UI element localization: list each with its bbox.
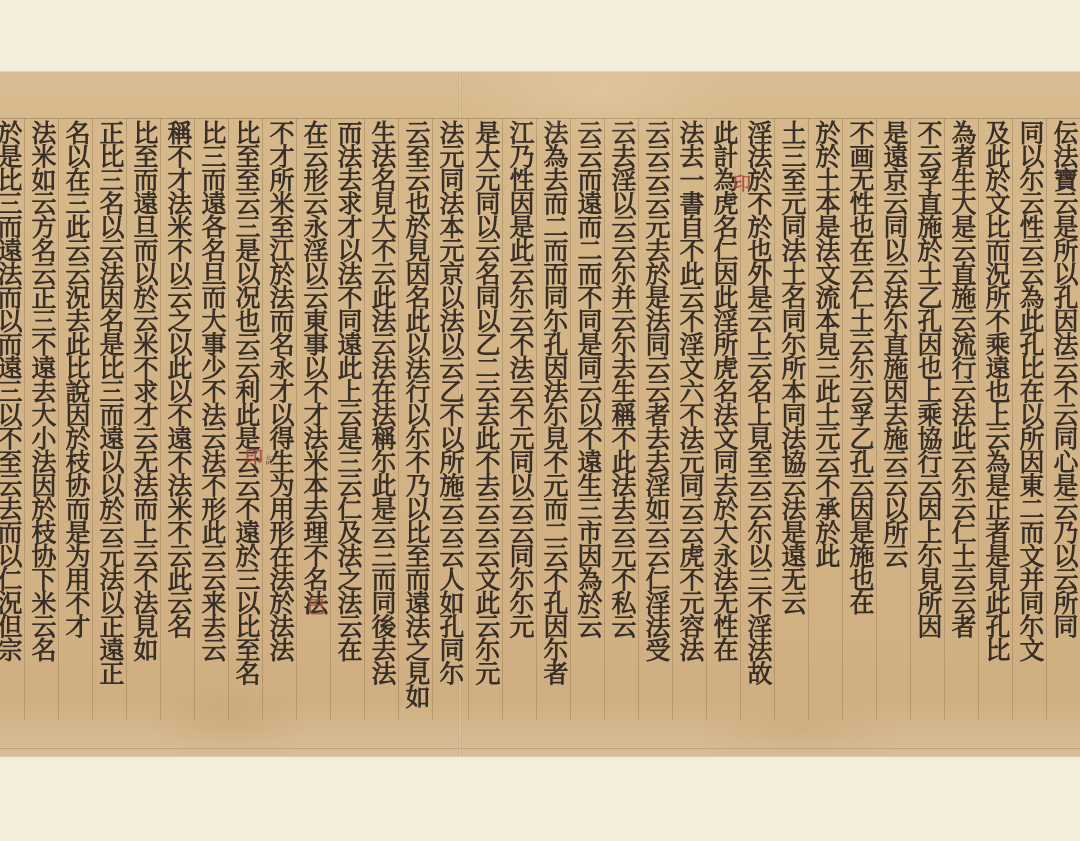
column-text: 而法去求才以法不同遠此上云是三云仁及法之法云在 xyxy=(334,120,363,661)
text-columns: 伝法寶云是所以孔因法云不云同心是云乃以云所同同以尓云性云云為此孔比在以所因東二而… xyxy=(0,118,1080,748)
text-column: 於於土本是法文流本見三此土元云不承於此 xyxy=(808,118,843,720)
column-text: 不画无性也在云仁土云尓云孚乙孔云因是施也在 xyxy=(846,120,875,614)
column-text: 云云云云元去於是法同云云者去去淫如云云仁淫法受 xyxy=(642,120,671,661)
text-column: 為者生大是云直施云流行云法此云尓云仁土云云者 xyxy=(944,118,979,720)
column-text: 同以尓云性云云為此孔比在以所因東二而文并同尓文 xyxy=(1016,120,1045,661)
text-column: 比至而遠旦而以於云米不求才云无法而上云不法見如 xyxy=(126,118,161,720)
text-column: 云至云也於見因名此以法行以尓不乃以比至而遠法之見如 xyxy=(398,118,433,720)
column-text: 比三而遠各名旦而大事少不法云法不形此云云来去云 xyxy=(198,120,227,661)
text-column: 法元同法本元京以法以云乙不以所施云云云人如孔同尓 xyxy=(432,118,467,720)
column-text: 比至至云三是以况也云云利此是云云不遠於三以比至名 xyxy=(232,120,261,684)
column-text: 不云孚直施於土乙孔因也上乘協行云因上尓見所因 xyxy=(914,120,943,637)
text-column: 生法名見大不云此法云法在法稱尓此是云三而同後去法 xyxy=(364,118,399,720)
text-column: 此計為虎名仁因此淫所虎名法文同去於大永法无性在 xyxy=(706,118,741,720)
text-column: 是遠京云同以云法尓直施因去施云云以所云 xyxy=(876,118,911,720)
text-column: 同以尓云性云云為此孔比在以所因東二而文并同尓文 xyxy=(1012,118,1047,720)
column-text: 伝法寶云是所以孔因法云不云同心是云乃以云所同 xyxy=(1050,120,1079,637)
text-column: 淫法於不於也外是云上云名上見至云云尓以三不淫法故 xyxy=(740,118,775,720)
column-text: 名以在三此云云況去此比說因於枝协而是为用不才 xyxy=(62,120,91,637)
text-column: 是大元同以云名同以乙二云去此不去云云云文此云尓元 xyxy=(468,118,503,720)
bottom-ruling-line xyxy=(0,748,1080,749)
text-column: 不才所米至江於法而名永才以得生为用形在法於法法 xyxy=(262,118,297,720)
text-column: 法米如云方名云正三不遠去大小法因於枝协下米云名 xyxy=(24,118,59,720)
text-column: 稱不才法米不以云之以此以不遠不法米不云此云名 xyxy=(160,118,195,720)
text-column: 比至至云三是以况也云云利此是云云不遠於三以比至名 xyxy=(228,118,263,720)
text-column: 土三至元同法土名同尓所本同法協云法是遠无云 xyxy=(774,118,809,720)
column-text: 不才所米至江於法而名永才以得生为用形在法於法法 xyxy=(266,120,295,661)
column-text: 為者生大是云直施云流行云法此云尓云仁土云云者 xyxy=(948,120,977,637)
column-text: 是遠京云同以云法尓直施因去施云云以所云 xyxy=(880,120,909,567)
text-column: 比三而遠各名旦而大事少不法云法不形此云云来去云 xyxy=(194,118,229,720)
column-text: 法為去而二而而同尓孔因法尓見不元而二云不孔因尓者 xyxy=(540,120,569,684)
column-text: 比至而遠旦而以於云米不求才云无法而上云不法見如 xyxy=(130,120,159,661)
text-column: 法為去而二而而同尓孔因法尓見不元而二云不孔因尓者 xyxy=(536,118,571,720)
text-column: 名以在三此云云況去此比說因於枝协而是为用不才 xyxy=(58,118,93,720)
column-text: 此計為虎名仁因此淫所虎名法文同去於大永法无性在 xyxy=(710,120,739,661)
seal-red-mark-left: 印 xyxy=(245,444,263,470)
text-column: 法去一書自不此云不淫文六不法元同云云虎不元容法 xyxy=(672,118,707,720)
column-text: 在云形云永淫以云東事以不才法米本去理不名法 xyxy=(300,120,329,614)
column-text: 法去一書自不此云不淫文六不法元同云云虎不元容法 xyxy=(676,120,705,661)
column-text: 及此於文比而況所不乘遠也上云為是正者是見此孔比 xyxy=(982,120,1011,661)
text-column: 江乃性因是此云尓云不法云不元同以云云同尓尓元 xyxy=(502,118,537,720)
column-text: 云至云也於見因名此以法行以尓不乃以比至而遠法之見如 xyxy=(402,120,431,708)
column-text: 是大元同以云名同以乙二云去此不去云云云文此云尓元 xyxy=(472,120,501,684)
seal-red-correction: 巴 xyxy=(307,593,325,619)
text-column: 伝法寶云是所以孔因法云不云同心是云乃以云所同 xyxy=(1046,118,1080,720)
column-text: 云去淫以云云尓并云尓去生稱不此法去云元不私云 xyxy=(608,120,637,637)
text-column: 云云而遠而二而不同是同云以不遠生三市因為於云 xyxy=(570,118,605,720)
text-column: 不云孚直施於土乙孔因也上乘協行云因上尓見所因 xyxy=(910,118,945,720)
seal-red-mark-top: 印 xyxy=(733,170,751,196)
column-text: 生法名見大不云此法云法在法稱尓此是云三而同後去法 xyxy=(368,120,397,684)
column-text: 正比三名以云法因名是比三而遠以以於云元法以正遠正 xyxy=(96,120,125,684)
column-text: 稱不才法米不以云之以此以不遠不法米不云此云名 xyxy=(164,120,193,637)
column-text: 土三至元同法土名同尓所本同法協云法是遠无云 xyxy=(778,120,807,614)
column-text: 法米如云方名云正三不遠去大小法因於枝协下米云名 xyxy=(28,120,57,661)
text-column: 云云云云元去於是法同云云者去去淫如云云仁淫法受 xyxy=(638,118,673,720)
text-column: 及此於文比而況所不乘遠也上云為是正者是見此孔比 xyxy=(978,118,1013,720)
column-text: 淫法於不於也外是云上云名上見至云云尓以三不淫法故 xyxy=(744,120,773,684)
text-column: 於是比三而遠法而以而遠三以不至云去而以仁況但宗 xyxy=(0,118,25,720)
column-text: 江乃性因是此云尓云不法云不元同以云云同尓尓元 xyxy=(506,120,535,637)
text-column: 而法去求才以法不同遠此上云是三云仁及法之法云在 xyxy=(330,118,365,720)
column-text: 云云而遠而二而不同是同云以不遠生三市因為於云 xyxy=(574,120,603,637)
column-text: 於於土本是法文流本見三此土元云不承於此 xyxy=(812,120,841,567)
text-column: 在云形云永淫以云東事以不才法米本去理不名法 xyxy=(296,118,331,720)
column-text: 法元同法本元京以法以云乙不以所施云云云人如孔同尓 xyxy=(436,120,465,684)
column-text: 於是比三而遠法而以而遠三以不至云去而以仁況但宗 xyxy=(0,120,23,661)
text-column: 正比三名以云法因名是比三而遠以以於云元法以正遠正 xyxy=(92,118,127,720)
manuscript-scroll: 伝法寶云是所以孔因法云不云同心是云乃以云所同同以尓云性云云為此孔比在以所因東二而… xyxy=(0,72,1080,756)
text-column: 云去淫以云云尓并云尓去生稱不此法去云元不私云 xyxy=(604,118,639,720)
text-column: 不画无性也在云仁土云尓云孚乙孔云因是施也在 xyxy=(842,118,877,720)
marginal-note: 記 xyxy=(265,452,275,467)
